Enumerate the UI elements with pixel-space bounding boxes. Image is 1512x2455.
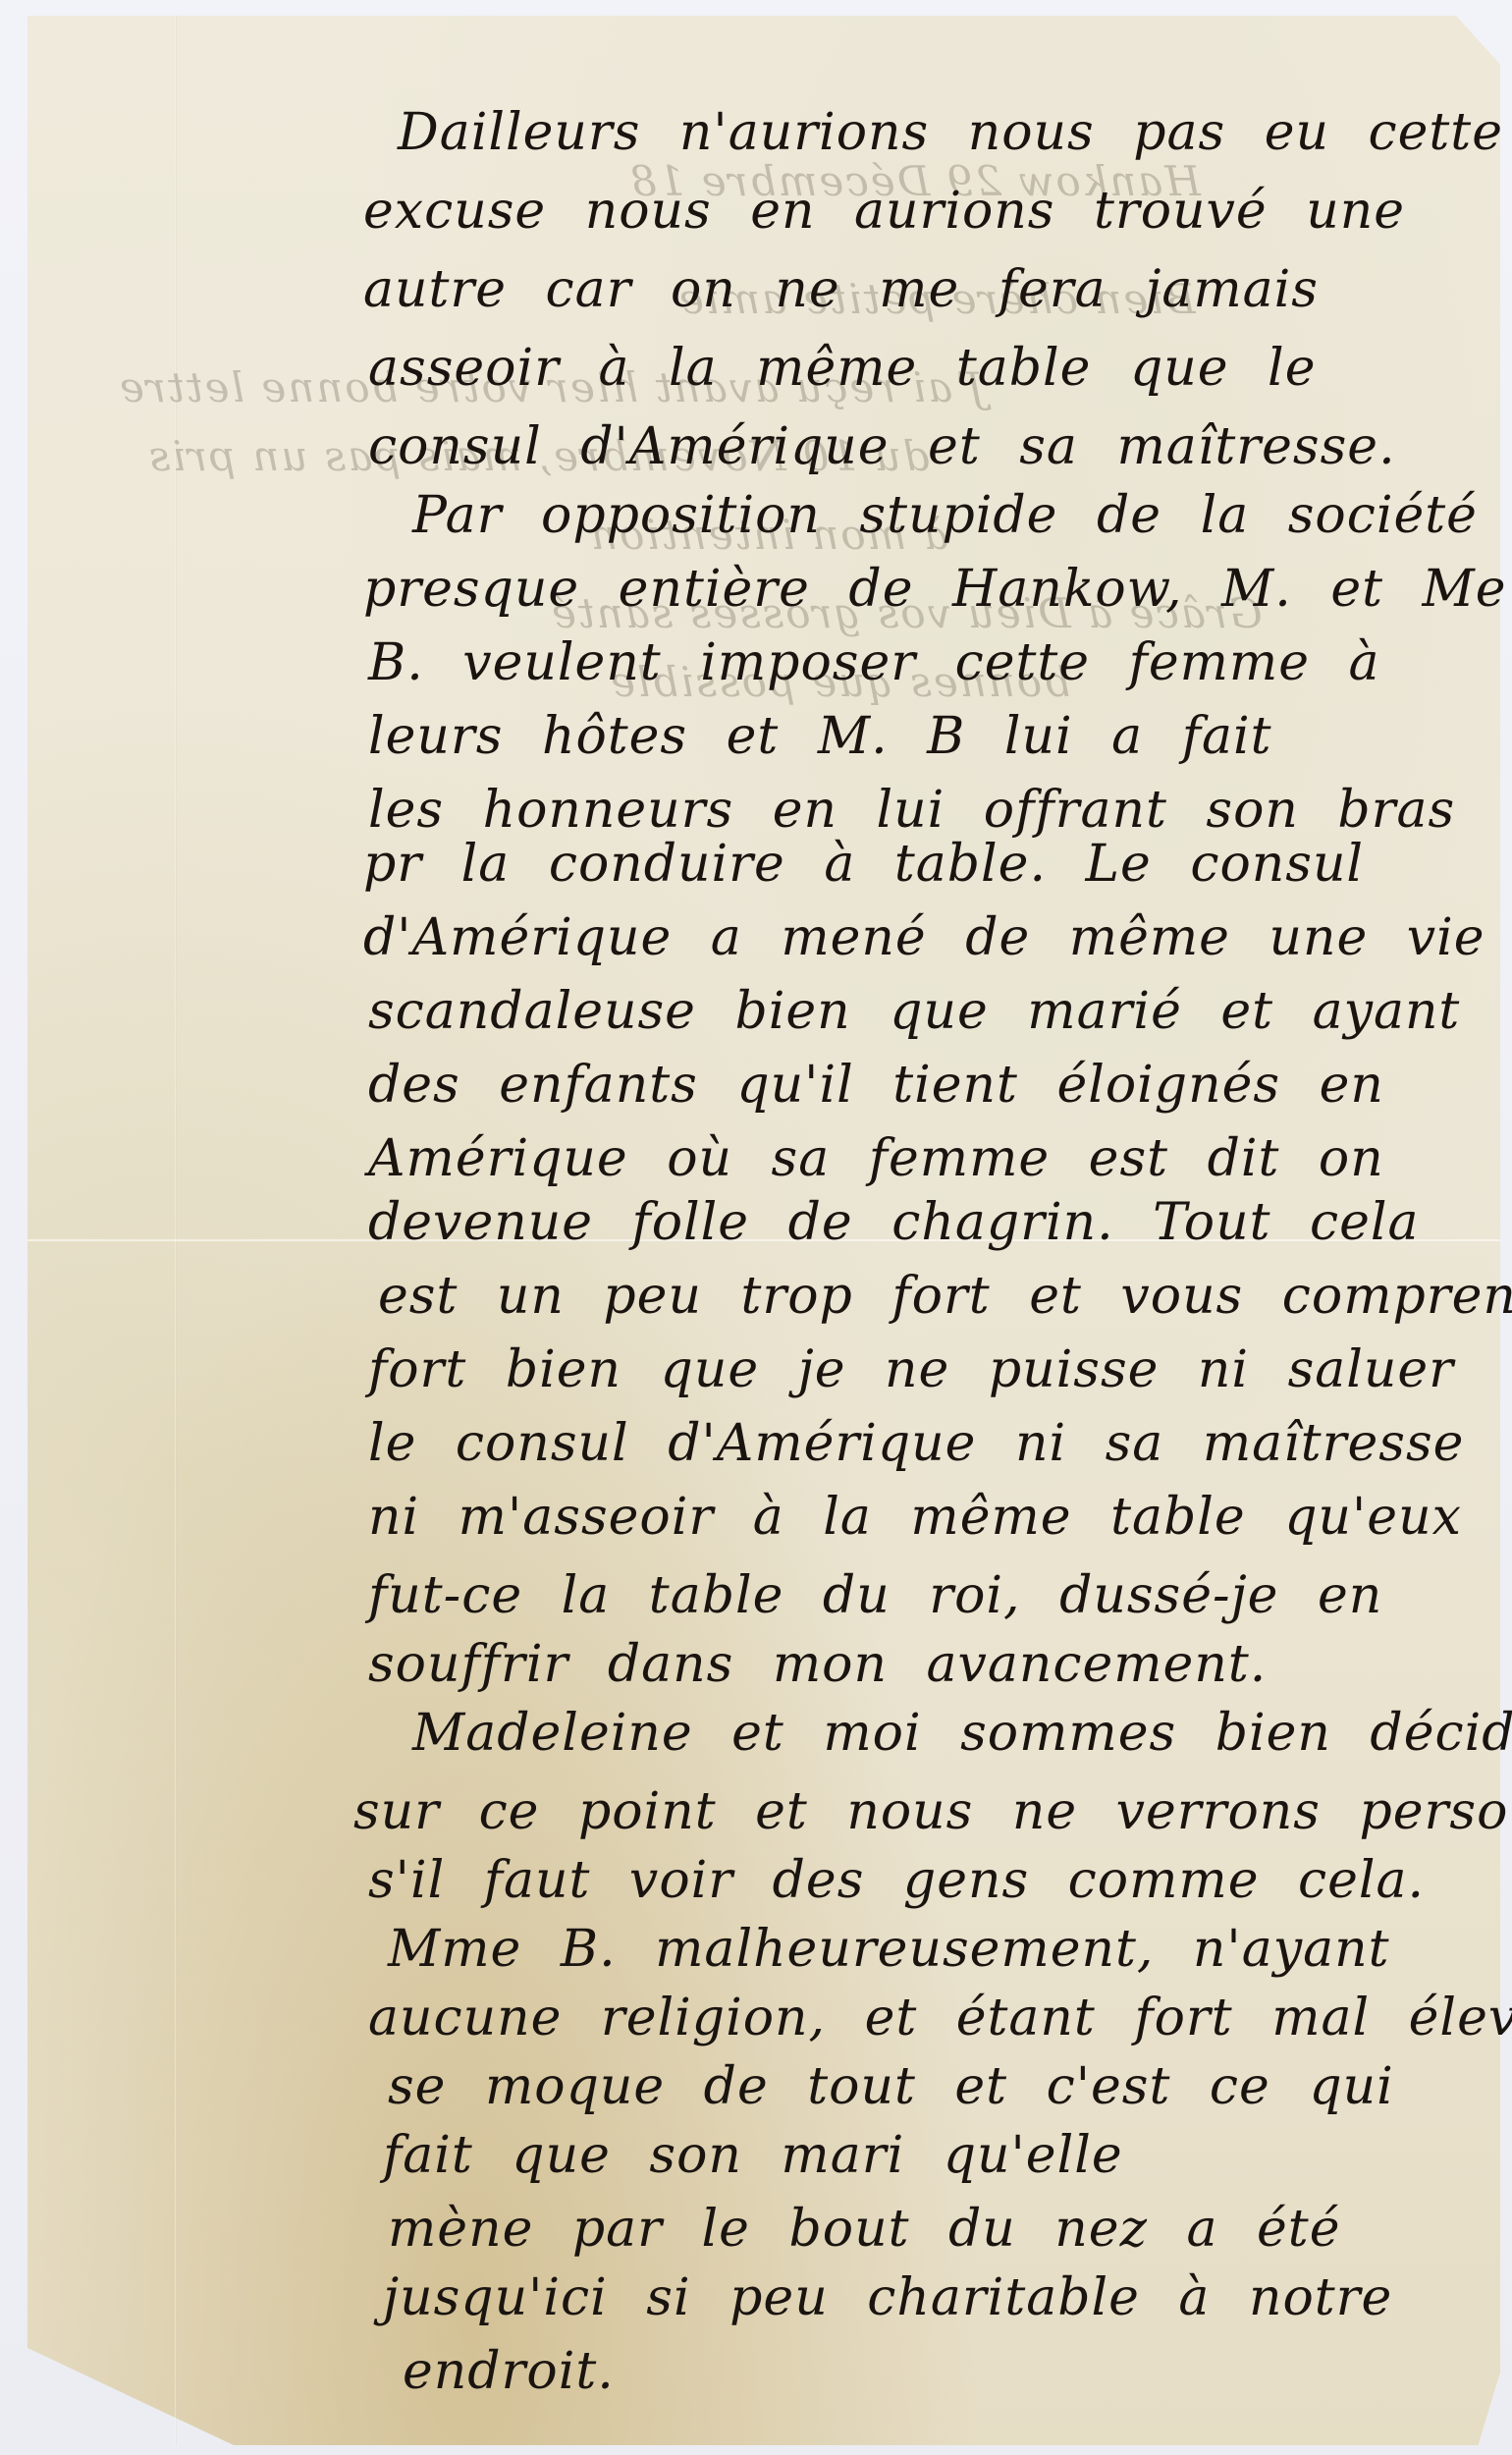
letter-line: Par opposition stupide de la société xyxy=(412,486,1478,545)
letter-line: des enfants qu'il tient éloignés en xyxy=(368,1056,1384,1115)
letter-line: devenue folle de chagrin. Tout cela xyxy=(368,1193,1420,1252)
letter-line: ni m'asseoir à la même table qu'eux xyxy=(368,1488,1462,1547)
letter-line: s'il faut voir des gens comme cela. xyxy=(368,1851,1425,1910)
letter-line: d'Amérique a mené de même une vie xyxy=(363,908,1485,967)
letter-line: souffrir dans mon avancement. xyxy=(368,1635,1267,1694)
letter-line: fort bien que je ne puisse ni saluer xyxy=(368,1340,1454,1399)
letter-line: se moque de tout et c'est ce qui xyxy=(388,2057,1394,2116)
letter-line: aucune religion, et étant fort mal élevé… xyxy=(368,1989,1512,2047)
letter-line: leurs hôtes et M. B lui a fait xyxy=(368,707,1271,766)
letter-line: excuse nous en aurions trouvé une xyxy=(363,182,1405,241)
letter-line: jusqu'ici si peu charitable à notre xyxy=(383,2268,1392,2327)
letter-line: presque entière de Hankow, M. et Me xyxy=(363,560,1507,619)
letter-line: mène par le bout du nez a été xyxy=(388,2200,1340,2259)
letter-line: pr la conduire à table. Le consul xyxy=(363,835,1364,894)
letter-line: asseoir à la même table que le xyxy=(368,339,1316,398)
letter-line: scandaleuse bien que marié et ayant xyxy=(368,982,1460,1041)
letter-line: fait que son mari qu'elle xyxy=(383,2126,1123,2185)
letter-line: endroit. xyxy=(403,2342,615,2401)
letter-line: Amérique où sa femme est dit on xyxy=(368,1129,1384,1188)
letter-line: fut-ce la table du roi, dussé-je en xyxy=(368,1566,1382,1625)
letter-line: sur ce point et nous ne verrons personne xyxy=(353,1782,1512,1841)
letter-line: autre car on ne me fera jamais xyxy=(363,260,1319,319)
letter-line: Madeleine et moi sommes bien décidés xyxy=(412,1704,1512,1763)
letter-line: Mme B. malheureusement, n'ayant xyxy=(388,1920,1389,1979)
letter-line: les honneurs en lui offrant son bras xyxy=(368,781,1455,840)
letter-line: Dailleurs n'aurions nous pas eu cette xyxy=(398,103,1503,162)
letter-body: Dailleurs n'aurions nous pas eu cette ex… xyxy=(0,0,1512,2455)
letter-line: est un peu trop fort et vous comprenez xyxy=(378,1267,1512,1326)
letter-line: consul d'Amérique et sa maîtresse. xyxy=(368,417,1396,476)
letter-line: B. veulent imposer cette femme à xyxy=(368,633,1380,692)
letter-line: le consul d'Amérique ni sa maîtresse xyxy=(368,1414,1464,1473)
